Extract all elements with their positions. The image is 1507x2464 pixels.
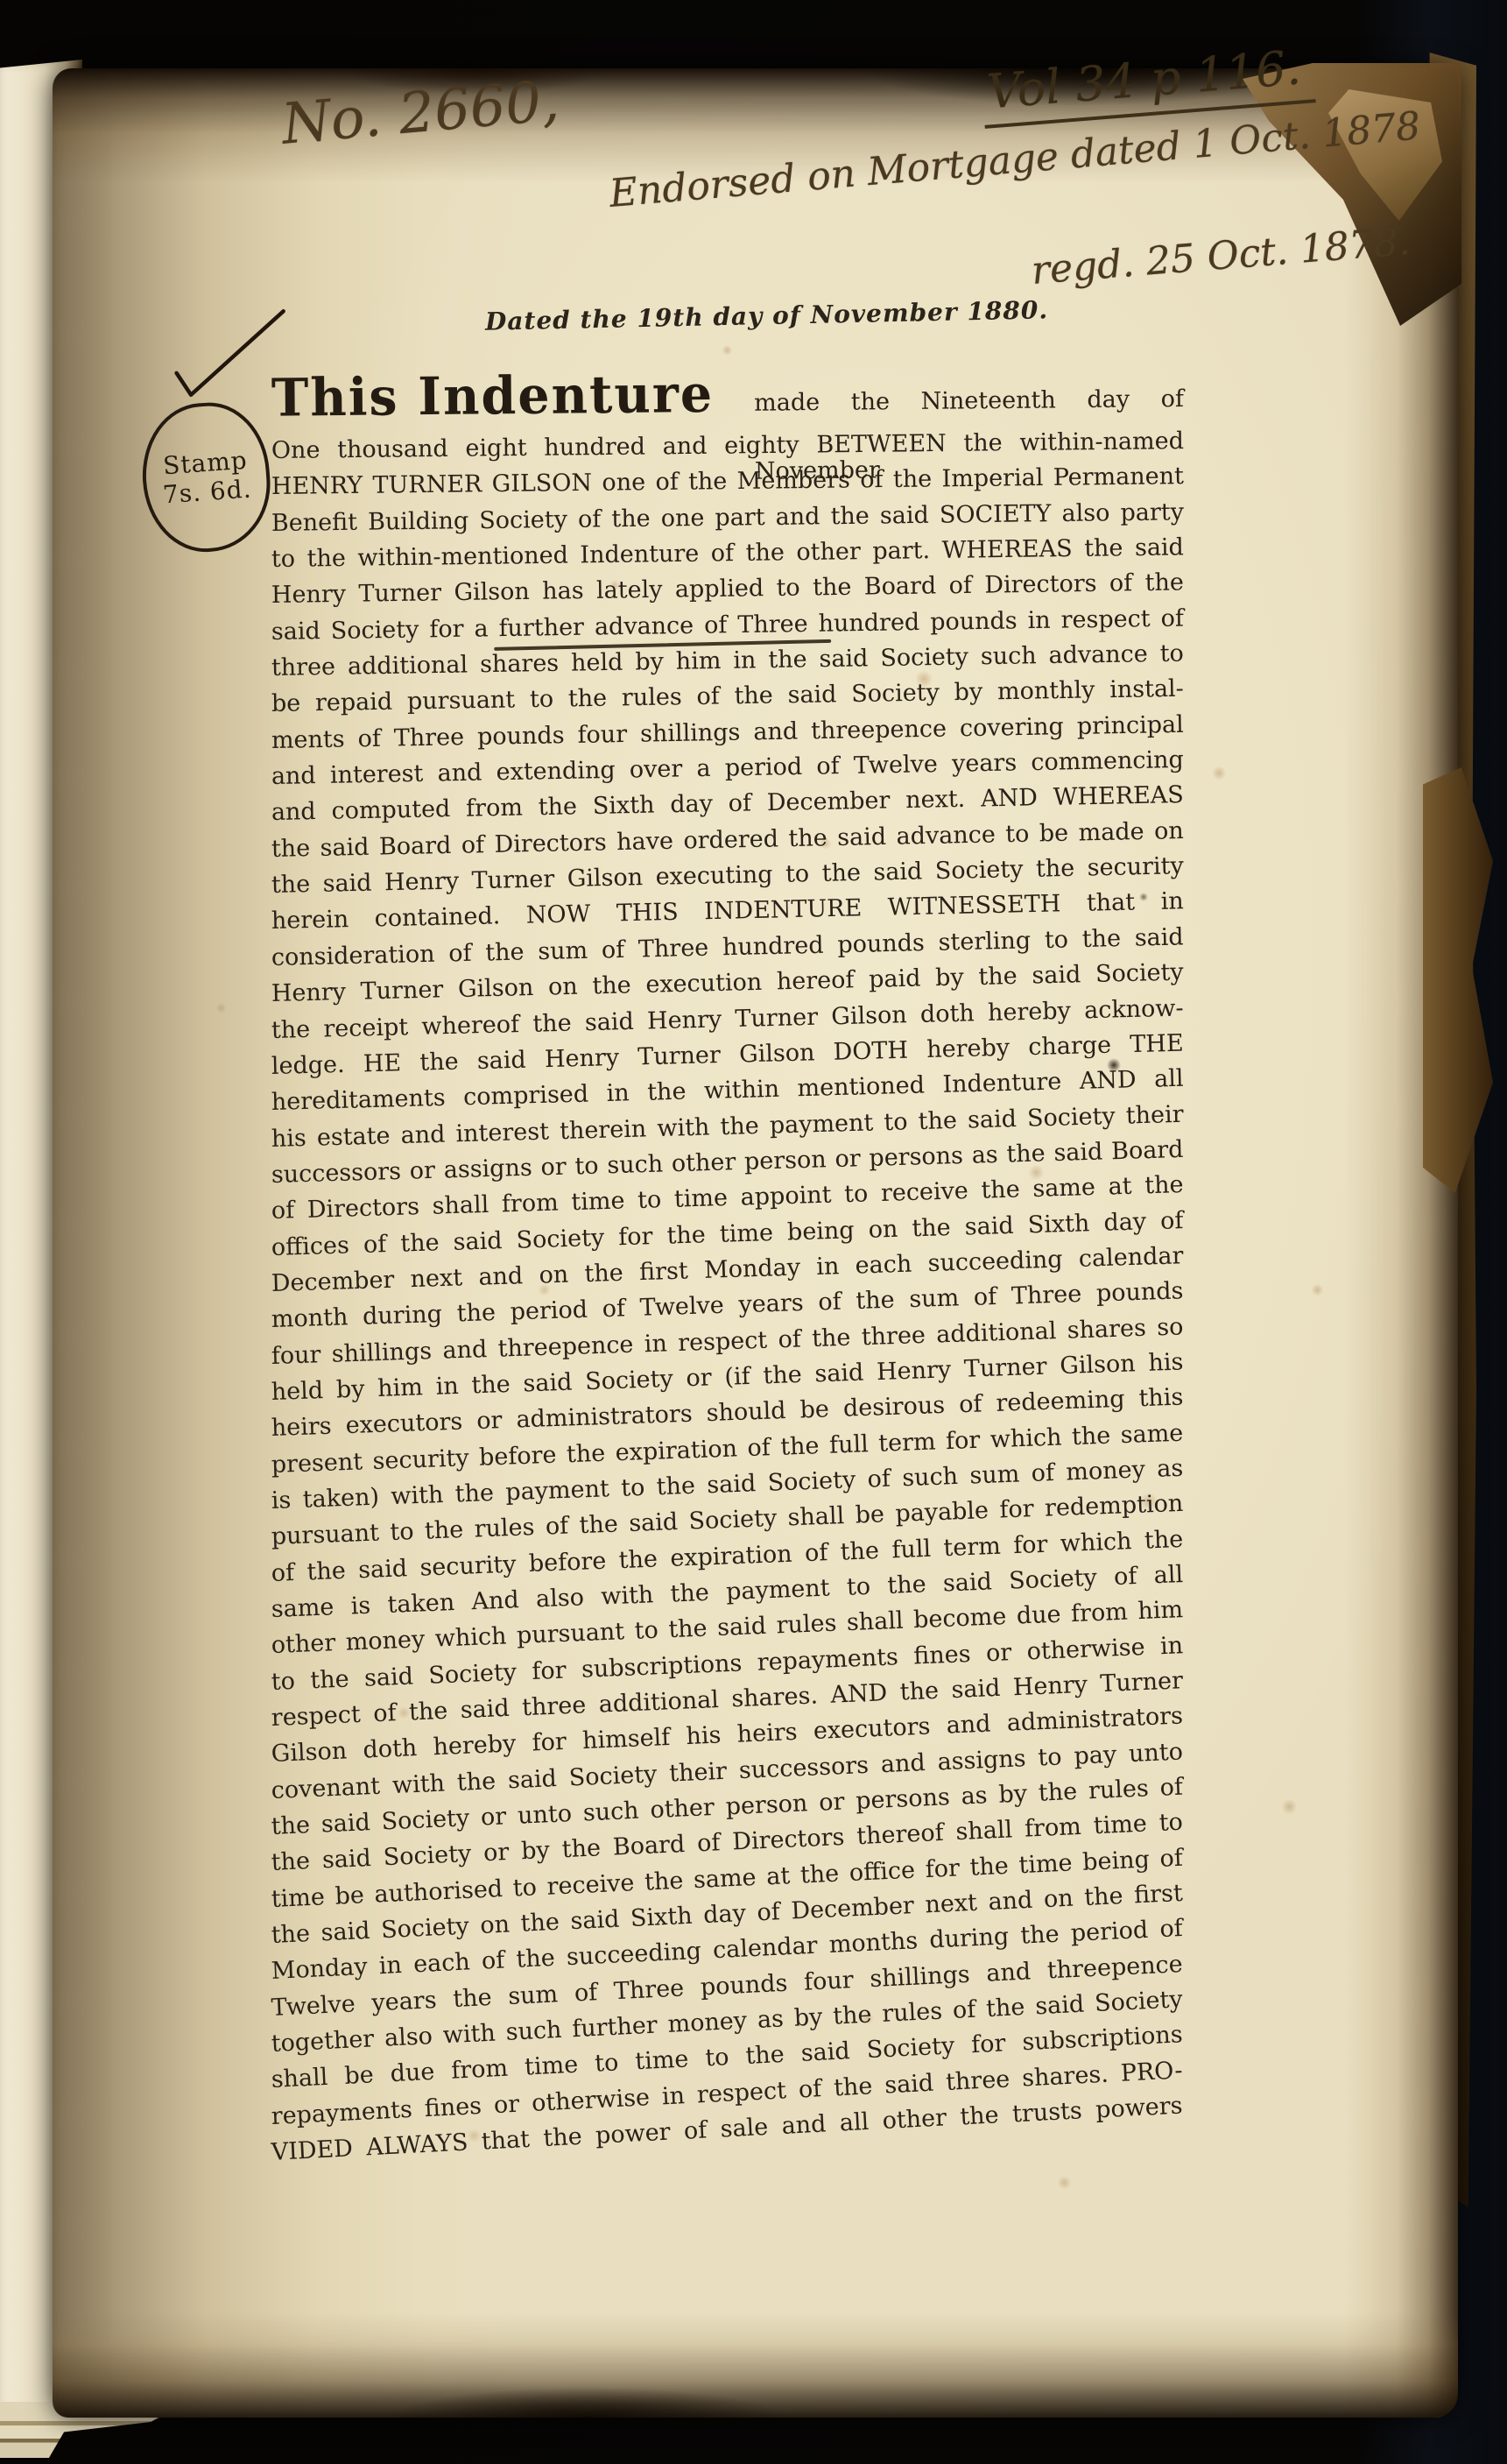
stamp-duty-circle: Stamp 7s. 6d. <box>137 399 275 556</box>
scanned-indenture-photo: No. 2660, Vol 34 p 116. Endorsed on Mort… <box>0 0 1507 2464</box>
text-segment: said Society for a <box>271 615 499 646</box>
book-page: No. 2660, Vol 34 p 116. Endorsed on Mort… <box>53 68 1458 2418</box>
ink-underlined-phrase: further advance of Three <box>498 611 808 642</box>
shadowed-bottom-edge <box>53 2312 1458 2418</box>
stamp-value: 7s. 6d. <box>162 474 253 509</box>
body-text: This Indenturemade the Nineteenth day of… <box>271 364 1184 2171</box>
burnt-right-edge <box>1344 68 1458 2418</box>
handwritten-registration-note: regd. 25 Oct. 1878. <box>1030 219 1412 293</box>
text-line: This Indenturemade the Nineteenth day of… <box>271 356 1185 433</box>
handwritten-volume-reference: Vol 34 p 116. <box>980 39 1315 128</box>
handwritten-document-number: No. 2660, <box>279 68 562 157</box>
blackletter-heading: This Indenture <box>271 359 715 434</box>
dateline: Dated the 19th day of November 1880. <box>485 295 1049 335</box>
text-segment: hundred pounds in respect of <box>807 604 1184 637</box>
